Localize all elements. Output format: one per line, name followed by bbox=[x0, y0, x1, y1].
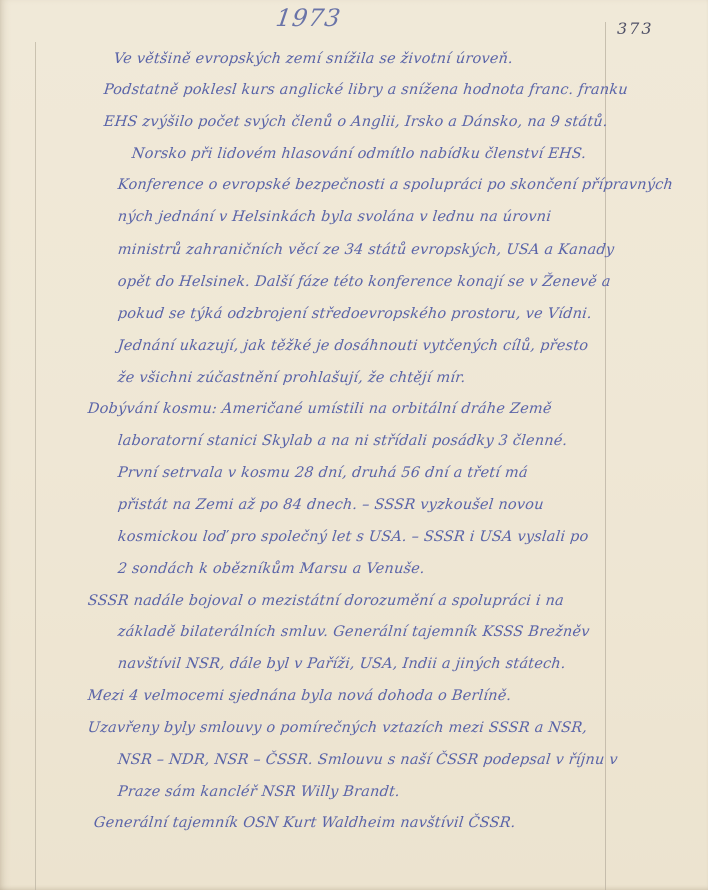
text-line: Praze sám kancléř NSR Willy Brandt. bbox=[117, 784, 401, 800]
text-line: laboratorní stanici Skylab a na ni stříd… bbox=[117, 433, 568, 449]
text-line: ministrů zahraničních věcí ze 34 států e… bbox=[117, 242, 615, 258]
text-line: Konference o evropské bezpečnosti a spol… bbox=[117, 177, 674, 193]
text-line: ných jednání v Helsinkách byla svolána v… bbox=[117, 209, 552, 225]
text-line: Dobývání kosmu: Američané umístili na or… bbox=[87, 401, 552, 417]
text-line: První setrvala v kosmu 28 dní, druhá 56 … bbox=[117, 465, 529, 481]
text-line: že všichni zúčastnění prohlašují, že cht… bbox=[117, 370, 466, 386]
text-line: navštívil NSR, dále byl v Paříži, USA, I… bbox=[117, 656, 567, 672]
text-line: pokud se týká odzbrojení středoevropskéh… bbox=[117, 306, 593, 322]
text-line: Jednání ukazují, jak těžké je dosáhnouti… bbox=[117, 338, 589, 354]
text-line: 2 sondách k obězníkům Marsu a Venuše. bbox=[117, 561, 426, 577]
text-line: Mezi 4 velmocemi sjednána byla nová doho… bbox=[87, 688, 512, 704]
chronicle-page: 1973 373 Ve většině evropských zemí sníž… bbox=[0, 0, 708, 890]
page-number: 373 bbox=[617, 19, 654, 38]
text-line: přistát na Zemi až po 84 dnech. – SSSR v… bbox=[117, 497, 545, 513]
text-line: kosmickou loď pro společný let s USA. – … bbox=[117, 529, 589, 545]
text-line: SSSR nadále bojoval o mezistátní dorozum… bbox=[87, 593, 565, 609]
text-line: EHS zvýšilo počet svých členů o Anglii, … bbox=[103, 114, 609, 130]
text-line: Ve většině evropských zemí snížila se ži… bbox=[113, 51, 514, 67]
text-line: Norsko při lidovém hlasování odmítlo nab… bbox=[131, 146, 587, 162]
left-margin-line bbox=[35, 42, 36, 890]
year-heading: 1973 bbox=[274, 4, 343, 32]
text-line: Podstatně poklesl kurs anglické libry a … bbox=[103, 82, 629, 98]
text-line: Uzavřeny byly smlouvy o pomírečných vzta… bbox=[87, 720, 588, 736]
text-line: základě bilaterálních smluv. Generální t… bbox=[117, 624, 590, 640]
text-line: Generální tajemník OSN Kurt Waldheim nav… bbox=[93, 815, 516, 831]
text-line: NSR – NDR, NSR – ČSSR. Smlouvu s naší ČS… bbox=[117, 752, 619, 768]
text-line: opět do Helsinek. Další fáze této konfer… bbox=[117, 274, 611, 290]
